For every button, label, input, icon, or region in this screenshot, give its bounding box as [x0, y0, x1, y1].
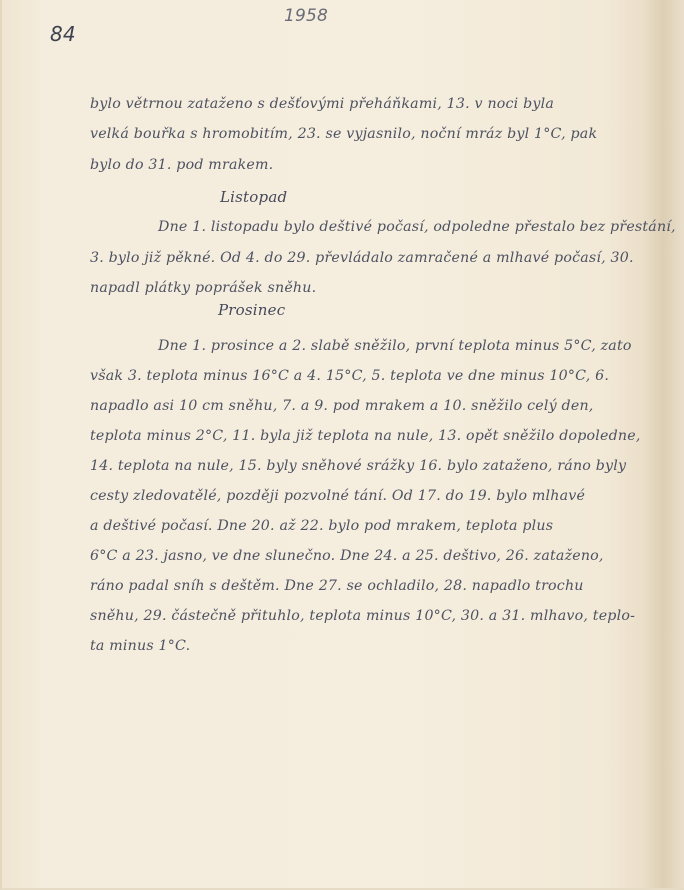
text-line: 6°C a 23. jasno, ve dne slunečno. Dne 24… [90, 548, 604, 564]
text-line: napadlo asi 10 cm sněhu, 7. a 9. pod mra… [90, 398, 594, 414]
text-line: ráno padal sníh s deštěm. Dne 27. se och… [90, 578, 584, 594]
text-line: sněhu, 29. částečně přituhlo, teplota mi… [90, 608, 635, 624]
text-line: ta minus 1°C. [90, 638, 190, 654]
text-line: bylo do 31. pod mrakem. [90, 157, 273, 173]
text-line: Dne 1. prosince a 2. slabě sněžilo, prvn… [158, 338, 632, 354]
text-line: však 3. teplota minus 16°C a 4. 15°C, 5.… [90, 368, 609, 384]
text-line: Dne 1. listopadu bylo deštivé počasí, od… [158, 219, 676, 235]
text-line: 14. teplota na nule, 15. byly sněhové sr… [90, 458, 626, 474]
text-line: cesty zledovatělé, později pozvolné tání… [90, 488, 585, 504]
text-line: velká bouřka s hromobitím, 23. se vyjasn… [90, 126, 597, 142]
text-line: a deštivé počasí. Dne 20. až 22. bylo po… [90, 518, 553, 534]
text-line: napadl plátky poprášek sněhu. [90, 280, 316, 296]
text-line: bylo větrnou zataženo s dešťovými přeháň… [90, 96, 554, 112]
page-number: 84 [50, 22, 76, 46]
text-line: teplota minus 2°C, 11. byla již teplota … [90, 428, 641, 444]
heading-prosinec: Prosinec [218, 301, 285, 319]
chronicle-page: 84 1958 bylo větrnou zataženo s dešťovým… [0, 0, 684, 890]
heading-listopad: Listopad [220, 188, 287, 206]
year-annotation: 1958 [284, 6, 328, 26]
text-line: 3. bylo již pěkné. Od 4. do 29. převláda… [90, 250, 634, 266]
